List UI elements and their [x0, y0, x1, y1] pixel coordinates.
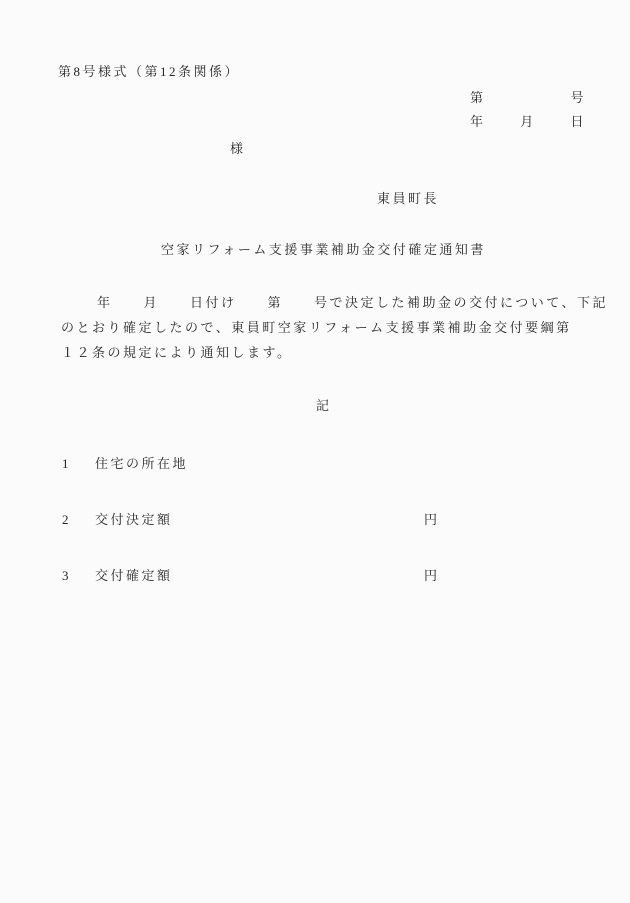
body-line-2: のとおり確定したので、東員町空家リフォーム支援事業補助金交付要綱第 [61, 319, 572, 336]
form-number: 第8号様式（第12条関係） [58, 63, 240, 80]
date-line: 年 月 日 [470, 113, 586, 130]
item-label: 住宅の所在地 [95, 455, 188, 472]
item-number: 3 [62, 567, 71, 584]
item-unit-yen: 円 [424, 567, 440, 584]
document-title: 空家リフォーム支援事業補助金交付確定通知書 [161, 241, 486, 258]
list-item-confirmed-amount: 3 交付確定額 円 [62, 567, 572, 584]
addressee-honorific: 様 [230, 140, 246, 157]
list-item-house-location: 1 住宅の所在地 [62, 455, 572, 472]
issuer-name: 東員町長 [377, 190, 439, 207]
item-label: 交付確定額 [95, 567, 173, 584]
item-unit-yen: 円 [424, 511, 440, 528]
list-item-decided-amount: 2 交付決定額 円 [62, 511, 572, 528]
date-month-label: 月 [520, 113, 536, 130]
doc-number-prefix: 第 [470, 89, 486, 106]
record-marker: 記 [316, 397, 332, 414]
date-day-label: 日 [570, 113, 586, 130]
body-line-3: １２条の規定により通知します。 [61, 344, 292, 361]
document-page: 第8号様式（第12条関係） 第 号 年 月 日 様 東員町長 空家リフォーム支援… [0, 0, 630, 903]
item-number: 2 [62, 511, 71, 528]
body-line-1: 年 月 日付け 第 号で決定した補助金の交付について、下記 [97, 294, 608, 311]
item-label: 交付決定額 [95, 511, 173, 528]
item-number: 1 [62, 455, 71, 472]
doc-number-suffix: 号 [570, 89, 586, 106]
date-year-label: 年 [470, 113, 486, 130]
document-number-line: 第 号 [470, 89, 586, 106]
